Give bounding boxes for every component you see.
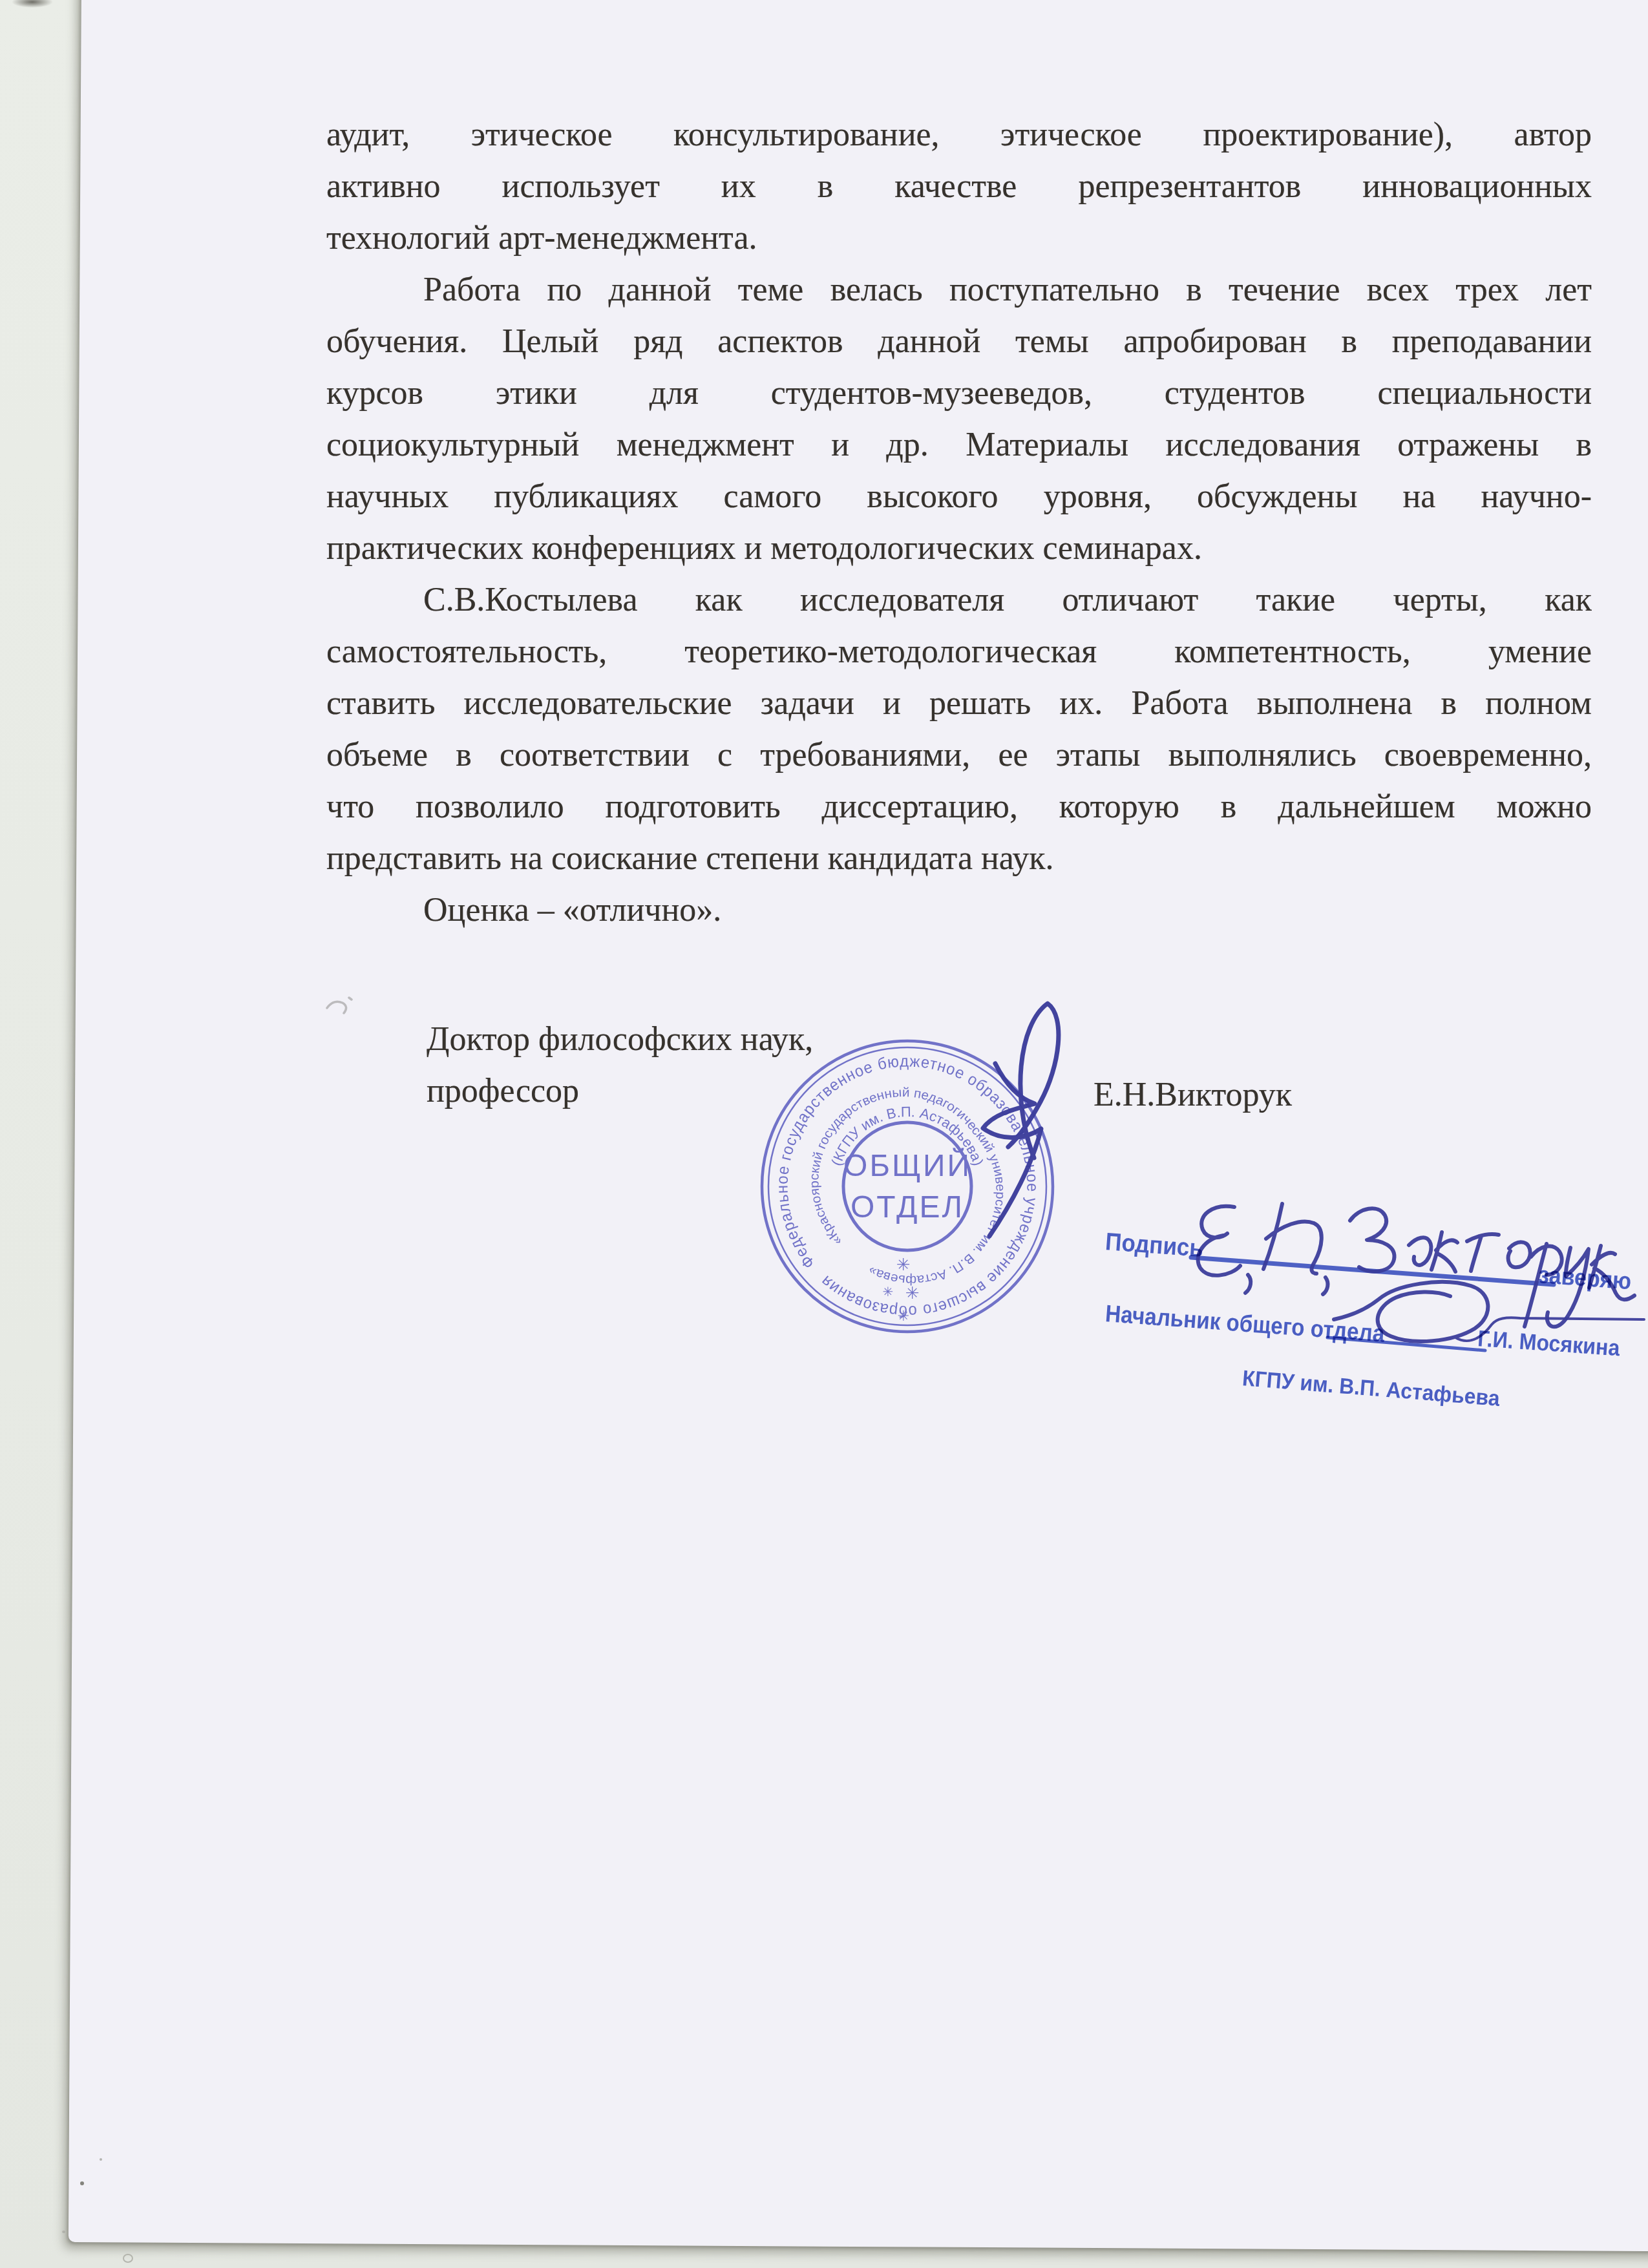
stamp-inner-circle bbox=[843, 1122, 971, 1250]
svg-text:✳: ✳ bbox=[905, 1283, 920, 1303]
scan-speck bbox=[80, 2181, 84, 2185]
stamp-center-line1: ОБЩИЙ bbox=[843, 1148, 971, 1183]
ink-overlay: Федеральное государственное бюджетное об… bbox=[0, 0, 1648, 2268]
stamp-center-line2: ОТДЕЛ bbox=[850, 1190, 964, 1224]
svg-text:✳: ✳ bbox=[898, 1308, 909, 1324]
mosyakina-handwritten-signature bbox=[1334, 1282, 1644, 1341]
victoruk-handwritten-signature bbox=[1198, 1204, 1634, 1327]
scan-speck bbox=[62, 2231, 65, 2233]
pencil-mark bbox=[327, 998, 352, 1013]
scanned-review-page: аудит, этическое консультирование, этиче… bbox=[0, 0, 1648, 2268]
svg-text:✳: ✳ bbox=[883, 1285, 894, 1299]
svg-text:✳: ✳ bbox=[896, 1255, 911, 1274]
scan-speck bbox=[123, 2254, 133, 2263]
scan-speck bbox=[100, 2158, 102, 2161]
